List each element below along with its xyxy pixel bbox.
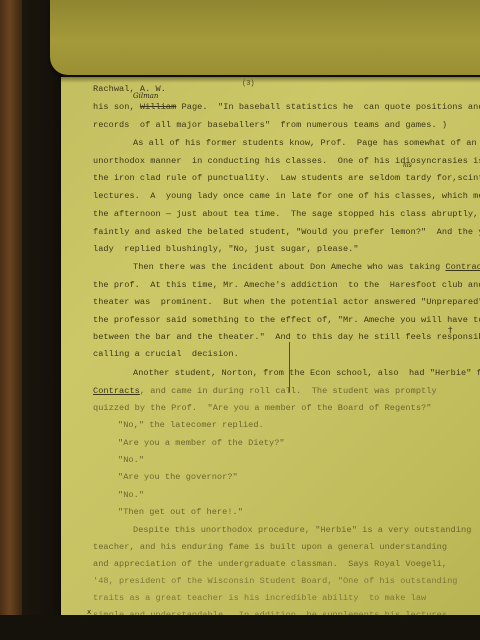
text-line-18: "No," the latecomer replied. [118, 420, 264, 430]
struck-name: William [140, 102, 176, 112]
underlined-contracts: Contracts [445, 262, 480, 272]
text-line-23: "Then get out of here!." [118, 507, 243, 517]
wooden-desk-edge [0, 0, 22, 640]
text-line-19: "Are you a member of the Diety?" [118, 438, 285, 448]
text-line-9: Then there was the incident about Don Am… [133, 262, 480, 272]
text-line-28: traits as a great teacher is his incredi… [93, 593, 426, 603]
text-line-14: calling a crucial decision. [93, 349, 239, 359]
text-line-7: faintly and asked the belated student, "… [93, 227, 480, 237]
line-9-before: Then there was the incident about Don Am… [133, 262, 445, 272]
text-line-11: theater was prominent. But when the pote… [93, 297, 480, 307]
text-line-20: "No." [118, 455, 144, 465]
text-line-3: unorthodox manner in conducting his clas… [93, 156, 480, 166]
crease-line [289, 342, 290, 392]
text-line-1: records of all major baseballers" from n… [93, 120, 447, 130]
handwritten-insert: his [403, 162, 412, 169]
bottom-dark-area [0, 615, 480, 640]
handwritten-name-correction: Gilman [133, 92, 158, 100]
text-line-4: the iron clad rule of punctuality. Law s… [93, 173, 480, 183]
text-line-8: lady replied blushingly, "No, just sugar… [93, 244, 359, 254]
text-line-12: the professor said something to the effe… [93, 315, 480, 325]
text-line-5: lectures. A young lady once came in late… [93, 191, 480, 201]
text-line-6: the afternoon — just about tea time. The… [93, 209, 480, 219]
text-line-27: '48, president of the Wisconsin Student … [93, 576, 458, 586]
text-line-0: his son, William Page. "In baseball stat… [93, 102, 480, 112]
line-16-after: , and came in during roll call. The stud… [140, 386, 437, 396]
text-line-26: and appreciation of the undergraduate cl… [93, 559, 447, 569]
text-line-13: between the bar and the theater." And to… [93, 332, 480, 342]
photo-scene: Rachwal, A. W. (3) Gilman his son, Willi… [0, 0, 480, 640]
text-line-2: As all of his former students know, Prof… [133, 138, 477, 148]
typewritten-page: Rachwal, A. W. (3) Gilman his son, Willi… [61, 77, 480, 615]
text-line-21: "Are you the governor?" [118, 472, 238, 482]
text-line-10: the prof. At this time, Mr. Ameche's add… [93, 280, 480, 290]
dark-background [22, 0, 62, 640]
margin-mark-right: † [448, 326, 453, 336]
page-number: (3) [242, 80, 255, 88]
text-line-22: "No." [118, 490, 144, 500]
text-line-16: Contracts, and came in during roll call.… [93, 386, 437, 396]
text-line-17: quizzed by the Prof. "Are you a member o… [93, 403, 431, 413]
underlying-page [50, 0, 480, 75]
line-0-before: his son, [93, 102, 140, 112]
text-line-24: Despite this unorthodox procedure, "Herb… [133, 525, 471, 535]
underlined-contracts-2: Contracts [93, 386, 140, 396]
line-0-after: Page. "In baseball statistics he can quo… [176, 102, 480, 112]
text-line-15: Another student, Norton, from the Econ s… [133, 368, 480, 378]
text-line-25: teacher, and his enduring fame is built … [93, 542, 447, 552]
page-top-shadow [61, 77, 480, 83]
